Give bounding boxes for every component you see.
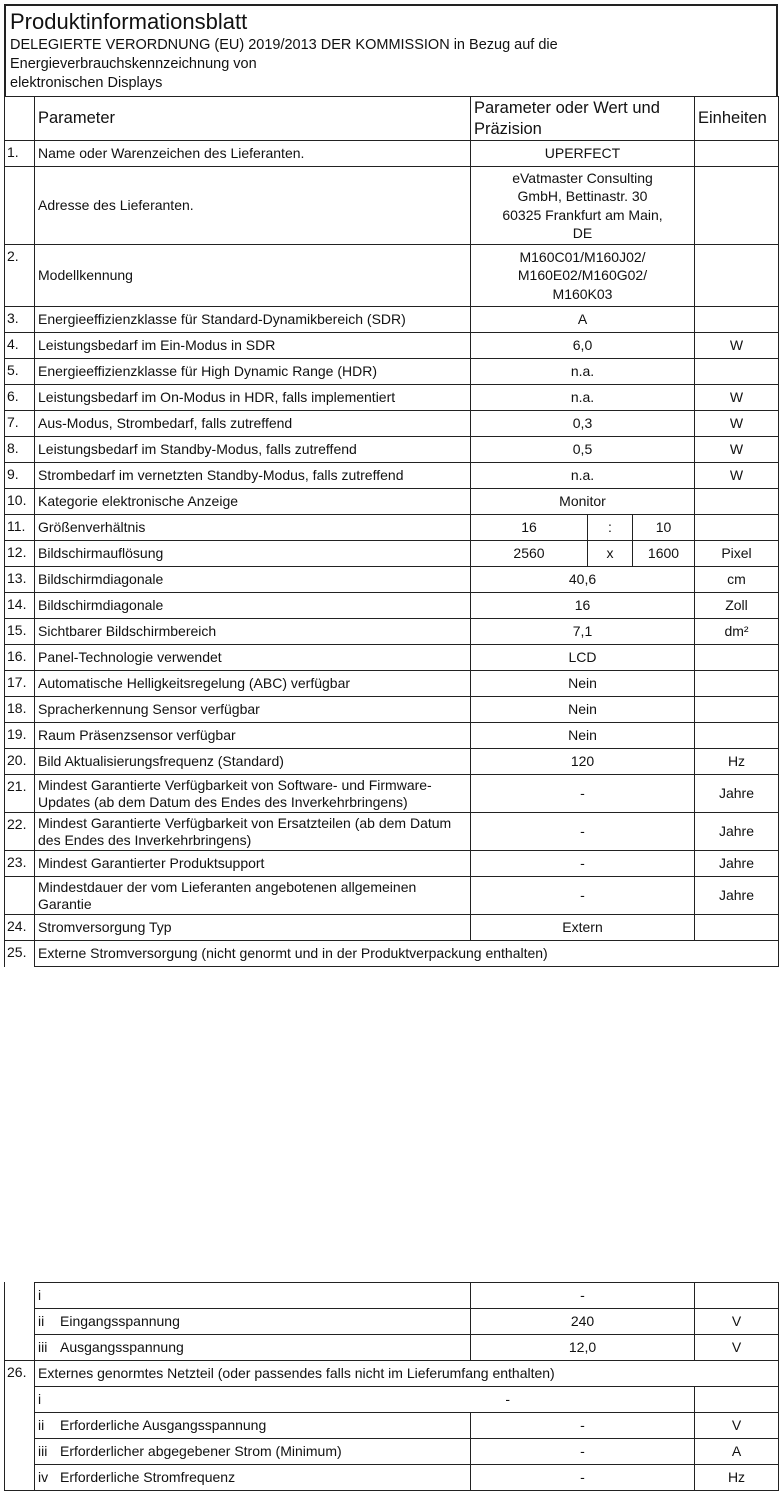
sub-parameter: i- xyxy=(35,1387,695,1413)
row-parameter: Panel-Technologie verwendet xyxy=(35,645,471,671)
regulation-line-2: Energieverbrauchskennzeichnung von xyxy=(10,55,772,74)
row-value: 16 xyxy=(471,593,695,619)
row-value: 6,0 xyxy=(471,333,695,359)
row-number: 25. xyxy=(5,941,35,967)
table-header-row: Parameter Parameter oder Wert und Präzis… xyxy=(5,97,779,141)
row-value: M160C01/M160J02/M160E02/M160G02/M160K03 xyxy=(471,245,695,307)
row-value: - xyxy=(471,851,695,877)
row-number: 22. xyxy=(5,813,35,851)
table-row: 11.Größenverhältnis16:10 xyxy=(5,515,779,541)
roman-index: iii xyxy=(38,1339,60,1356)
sub-parameter-text: Erforderliche Ausgangsspannung xyxy=(60,1417,266,1433)
sub-parameter-text: Erforderliche Stromfrequenz xyxy=(60,1469,235,1485)
row-value: 120 xyxy=(471,749,695,775)
regulation-line-1: DELEGIERTE VERORDNUNG (EU) 2019/2013 DER… xyxy=(10,36,772,55)
sub-unit xyxy=(695,1283,779,1309)
row-unit: Pixel xyxy=(695,541,779,567)
row-parameter: Automatische Helligkeitsregelung (ABC) v… xyxy=(35,671,471,697)
row-value: Nein xyxy=(471,697,695,723)
table-row: 24.Stromversorgung TypExtern xyxy=(5,915,779,941)
row-unit xyxy=(695,515,779,541)
row-parameter: Bildschirmdiagonale xyxy=(35,567,471,593)
power-supply-table: i-iiEingangsspannung240ViiiAusgangsspann… xyxy=(4,1282,779,1491)
row-parameter: Größenverhältnis xyxy=(35,515,471,541)
row-number: 17. xyxy=(5,671,35,697)
row-value: n.a. xyxy=(471,359,695,385)
sub-unit: V xyxy=(695,1413,779,1439)
row-number: 1. xyxy=(5,141,35,167)
blank-num-cell xyxy=(5,1387,35,1413)
row-unit: cm xyxy=(695,567,779,593)
row-number: 19. xyxy=(5,723,35,749)
table-row: 3.Energieeffizienzklasse für Standard-Dy… xyxy=(5,307,779,333)
row-value: UPERFECT xyxy=(471,141,695,167)
table-row: 1.Name oder Warenzeichen des Lieferanten… xyxy=(5,141,779,167)
row-parameter: Bildschirmdiagonale xyxy=(35,593,471,619)
sub-unit: V xyxy=(695,1335,779,1361)
row-unit: Jahre xyxy=(695,775,779,813)
row-number: 7. xyxy=(5,411,35,437)
blank-num-cell xyxy=(5,1439,35,1465)
row-number: 3. xyxy=(5,307,35,333)
row-number: 21. xyxy=(5,775,35,813)
row-value: 0,3 xyxy=(471,411,695,437)
row-parameter: Kategorie elektronische Anzeige xyxy=(35,489,471,515)
blank-num-cell xyxy=(5,1465,35,1491)
row-unit xyxy=(695,167,779,245)
row-number xyxy=(5,167,35,245)
row-parameter: Bild Aktualisierungsfrequenz (Standard) xyxy=(35,749,471,775)
row-number: 24. xyxy=(5,915,35,941)
row-number: 2. xyxy=(5,245,35,307)
value-line: M160E02/M160G02/ xyxy=(474,266,691,285)
row-value: 40,6 xyxy=(471,567,695,593)
table-row: 15.Sichtbarer Bildschirmbereich7,1dm² xyxy=(5,619,779,645)
row-value: Nein xyxy=(471,671,695,697)
value-line: DE xyxy=(474,224,691,243)
row-unit xyxy=(695,141,779,167)
blank-num-cell xyxy=(5,1335,35,1361)
roman-index: i xyxy=(38,1287,60,1304)
row-value: n.a. xyxy=(471,463,695,489)
sub-unit xyxy=(695,1387,779,1413)
table-row: 4.Leistungsbedarf im Ein-Modus in SDR6,0… xyxy=(5,333,779,359)
row-unit: W xyxy=(695,463,779,489)
table-row: 12.Bildschirmauflösung2560x1600Pixel xyxy=(5,541,779,567)
header-units: Einheiten xyxy=(695,97,779,141)
table-row: 7.Aus-Modus, Strombedarf, falls zutreffe… xyxy=(5,411,779,437)
row-parameter: Stromversorgung Typ xyxy=(35,915,471,941)
sub-parameter: ivErforderliche Stromfrequenz xyxy=(35,1465,471,1491)
row-number: 14. xyxy=(5,593,35,619)
blank-num-cell xyxy=(5,1309,35,1335)
value-line: M160K03 xyxy=(474,285,691,304)
row-parameter: Leistungsbedarf im On-Modus in HDR, fall… xyxy=(35,385,471,411)
row-section-title: Externes genormtes Netzteil (oder passen… xyxy=(35,1361,779,1387)
row-number: 5. xyxy=(5,359,35,385)
row-number: 6. xyxy=(5,385,35,411)
row-unit: Zoll xyxy=(695,593,779,619)
roman-index: ii xyxy=(38,1417,60,1434)
roman-index: ii xyxy=(38,1313,60,1330)
sub-parameter: iiiAusgangsspannung xyxy=(35,1335,471,1361)
sub-unit: V xyxy=(695,1309,779,1335)
row-parameter: Raum Präsenzsensor verfügbar xyxy=(35,723,471,749)
row-unit: W xyxy=(695,437,779,463)
row-parameter: Sichtbarer Bildschirmbereich xyxy=(35,619,471,645)
roman-index: iv xyxy=(38,1469,60,1486)
value-line: M160C01/M160J02/ xyxy=(474,248,691,267)
row-unit: dm² xyxy=(695,619,779,645)
row-number: 23. xyxy=(5,851,35,877)
table-row: 5.Energieeffizienzklasse für High Dynami… xyxy=(5,359,779,385)
table-row: 13.Bildschirmdiagonale40,6cm xyxy=(5,567,779,593)
value-left: 2560 xyxy=(471,541,588,567)
sub-row: iiErforderliche Ausgangsspannung-V xyxy=(5,1413,779,1439)
table-row: Mindestdauer der vom Lieferanten angebot… xyxy=(5,877,779,915)
value-right: 10 xyxy=(633,515,695,541)
sub-unit: A xyxy=(695,1439,779,1465)
row-unit xyxy=(695,671,779,697)
row-unit xyxy=(695,359,779,385)
row-unit: W xyxy=(695,411,779,437)
row-value: 0,5 xyxy=(471,437,695,463)
row-unit xyxy=(695,307,779,333)
row-unit xyxy=(695,245,779,307)
sub-parameter-text: Erforderlicher abgegebener Strom (Minimu… xyxy=(60,1443,342,1459)
sub-value: 240 xyxy=(471,1309,695,1335)
row-unit: W xyxy=(695,333,779,359)
sub-value: - xyxy=(471,1439,695,1465)
value-line: eVatmaster Consulting xyxy=(474,169,691,188)
row-number: 26. xyxy=(5,1361,35,1387)
product-information-sheet: Produktinformationsblatt DELEGIERTE VERO… xyxy=(4,4,778,967)
table-row: 19.Raum Präsenzsensor verfügbarNein xyxy=(5,723,779,749)
row-unit xyxy=(695,697,779,723)
row-number: 18. xyxy=(5,697,35,723)
sub-parameter-text: Ausgangsspannung xyxy=(60,1339,184,1355)
table-row: 23.Mindest Garantierter Produktsupport-J… xyxy=(5,851,779,877)
row-value: n.a. xyxy=(471,385,695,411)
table-row: 17.Automatische Helligkeitsregelung (ABC… xyxy=(5,671,779,697)
row-value: - xyxy=(471,877,695,915)
row-section-title: Externe Stromversorgung (nicht genormt u… xyxy=(35,941,779,967)
sub-row: i- xyxy=(5,1283,779,1309)
sub-value: - xyxy=(471,1283,695,1309)
sub-parameter: i xyxy=(35,1283,471,1309)
value-separator: x xyxy=(588,541,633,567)
row-value: - xyxy=(471,813,695,851)
header-value: Parameter oder Wert und Präzision xyxy=(471,97,695,141)
sub-parameter: iiEingangsspannung xyxy=(35,1309,471,1335)
roman-index: i xyxy=(38,1391,60,1408)
sub-row: iiEingangsspannung240V xyxy=(5,1309,779,1335)
row-parameter: Leistungsbedarf im Ein-Modus in SDR xyxy=(35,333,471,359)
sub-unit: Hz xyxy=(695,1465,779,1491)
row-unit: Jahre xyxy=(695,877,779,915)
sub-row: i- xyxy=(5,1387,779,1413)
row-parameter: Spracherkennung Sensor verfügbar xyxy=(35,697,471,723)
row-parameter: Name oder Warenzeichen des Lieferanten. xyxy=(35,141,471,167)
row-number: 11. xyxy=(5,515,35,541)
row-number: 20. xyxy=(5,749,35,775)
row-parameter: Adresse des Lieferanten. xyxy=(35,167,471,245)
row-unit xyxy=(695,915,779,941)
value-left: 16 xyxy=(471,515,588,541)
table-row: 10.Kategorie elektronische AnzeigeMonito… xyxy=(5,489,779,515)
sub-row: iiiAusgangsspannung12,0V xyxy=(5,1335,779,1361)
row-parameter: Mindestdauer der vom Lieferanten angebot… xyxy=(35,877,471,915)
table-row: 2.ModellkennungM160C01/M160J02/M160E02/M… xyxy=(5,245,779,307)
row-number: 16. xyxy=(5,645,35,671)
sub-parameter: iiiErforderlicher abgegebener Strom (Min… xyxy=(35,1439,471,1465)
table-row: 14.Bildschirmdiagonale16Zoll xyxy=(5,593,779,619)
value-line: GmbH, Bettinastr. 30 xyxy=(474,187,691,206)
value-right: 1600 xyxy=(633,541,695,567)
table-row: 20.Bild Aktualisierungsfrequenz (Standar… xyxy=(5,749,779,775)
row-parameter: Modellkennung xyxy=(35,245,471,307)
row-parameter: Strombedarf im vernetzten Standby-Modus,… xyxy=(35,463,471,489)
row-value: Monitor xyxy=(471,489,695,515)
row-unit xyxy=(695,723,779,749)
roman-index: iii xyxy=(38,1443,60,1460)
sheet-title: Produktinformationsblatt xyxy=(10,8,772,36)
row-parameter: Leistungsbedarf im Standby-Modus, falls … xyxy=(35,437,471,463)
row-parameter: Mindest Garantierte Verfügbarkeit von Er… xyxy=(35,813,471,851)
row-number: 10. xyxy=(5,489,35,515)
header-parameter: Parameter xyxy=(35,97,471,141)
table-row: Adresse des Lieferanten.eVatmaster Consu… xyxy=(5,167,779,245)
row-parameter: Energieeffizienzklasse für Standard-Dyna… xyxy=(35,307,471,333)
row-number: 12. xyxy=(5,541,35,567)
row-unit xyxy=(695,489,779,515)
table-row: 21.Mindest Garantierte Verfügbarkeit von… xyxy=(5,775,779,813)
row-value: - xyxy=(471,775,695,813)
table-row: 9.Strombedarf im vernetzten Standby-Modu… xyxy=(5,463,779,489)
table-row: 6.Leistungsbedarf im On-Modus in HDR, fa… xyxy=(5,385,779,411)
blank-num-cell xyxy=(5,1283,35,1309)
row-value: Nein xyxy=(471,723,695,749)
sub-row: ivErforderliche Stromfrequenz-Hz xyxy=(5,1465,779,1491)
row-value: A xyxy=(471,307,695,333)
row-number: 15. xyxy=(5,619,35,645)
table-row-25: 25.Externe Stromversorgung (nicht genorm… xyxy=(5,941,779,967)
sub-value: 12,0 xyxy=(471,1335,695,1361)
sub-parameter: iiErforderliche Ausgangsspannung xyxy=(35,1413,471,1439)
row-value: LCD xyxy=(471,645,695,671)
row-parameter: Mindest Garantierte Verfügbarkeit von So… xyxy=(35,775,471,813)
sub-value: - xyxy=(471,1413,695,1439)
sub-value: - xyxy=(471,1465,695,1491)
row-number xyxy=(5,877,35,915)
value-separator: : xyxy=(588,515,633,541)
row-parameter: Bildschirmauflösung xyxy=(35,541,471,567)
row-unit: Hz xyxy=(695,749,779,775)
header-num-cell xyxy=(5,97,35,141)
table-row-26: 26.Externes genormtes Netzteil (oder pas… xyxy=(5,1361,779,1387)
sub-row: iiiErforderlicher abgegebener Strom (Min… xyxy=(5,1439,779,1465)
sub-value: - xyxy=(60,1391,510,1408)
row-unit: Jahre xyxy=(695,813,779,851)
row-parameter: Mindest Garantierter Produktsupport xyxy=(35,851,471,877)
spec-table: Parameter Parameter oder Wert und Präzis… xyxy=(4,96,779,967)
row-value: eVatmaster ConsultingGmbH, Bettinastr. 3… xyxy=(471,167,695,245)
sheet-header: Produktinformationsblatt DELEGIERTE VERO… xyxy=(4,4,778,96)
blank-num-cell xyxy=(5,1413,35,1439)
table-row: 16.Panel-Technologie verwendetLCD xyxy=(5,645,779,671)
row-number: 8. xyxy=(5,437,35,463)
row-value: 7,1 xyxy=(471,619,695,645)
table-row: 18.Spracherkennung Sensor verfügbarNein xyxy=(5,697,779,723)
table-row: 8.Leistungsbedarf im Standby-Modus, fall… xyxy=(5,437,779,463)
row-number: 13. xyxy=(5,567,35,593)
row-parameter: Energieeffizienzklasse für High Dynamic … xyxy=(35,359,471,385)
regulation-line-3: elektronischen Displays xyxy=(10,74,772,93)
row-value: Extern xyxy=(471,915,695,941)
row-number: 4. xyxy=(5,333,35,359)
row-unit xyxy=(695,645,779,671)
row-parameter: Aus-Modus, Strombedarf, falls zutreffend xyxy=(35,411,471,437)
row-unit: Jahre xyxy=(695,851,779,877)
sub-parameter-text: Eingangsspannung xyxy=(60,1313,180,1329)
row-unit: W xyxy=(695,385,779,411)
row-number: 9. xyxy=(5,463,35,489)
table-row: 22.Mindest Garantierte Verfügbarkeit von… xyxy=(5,813,779,851)
power-supply-section: i-iiEingangsspannung240ViiiAusgangsspann… xyxy=(4,1282,778,1491)
value-line: 60325 Frankfurt am Main, xyxy=(474,206,691,225)
